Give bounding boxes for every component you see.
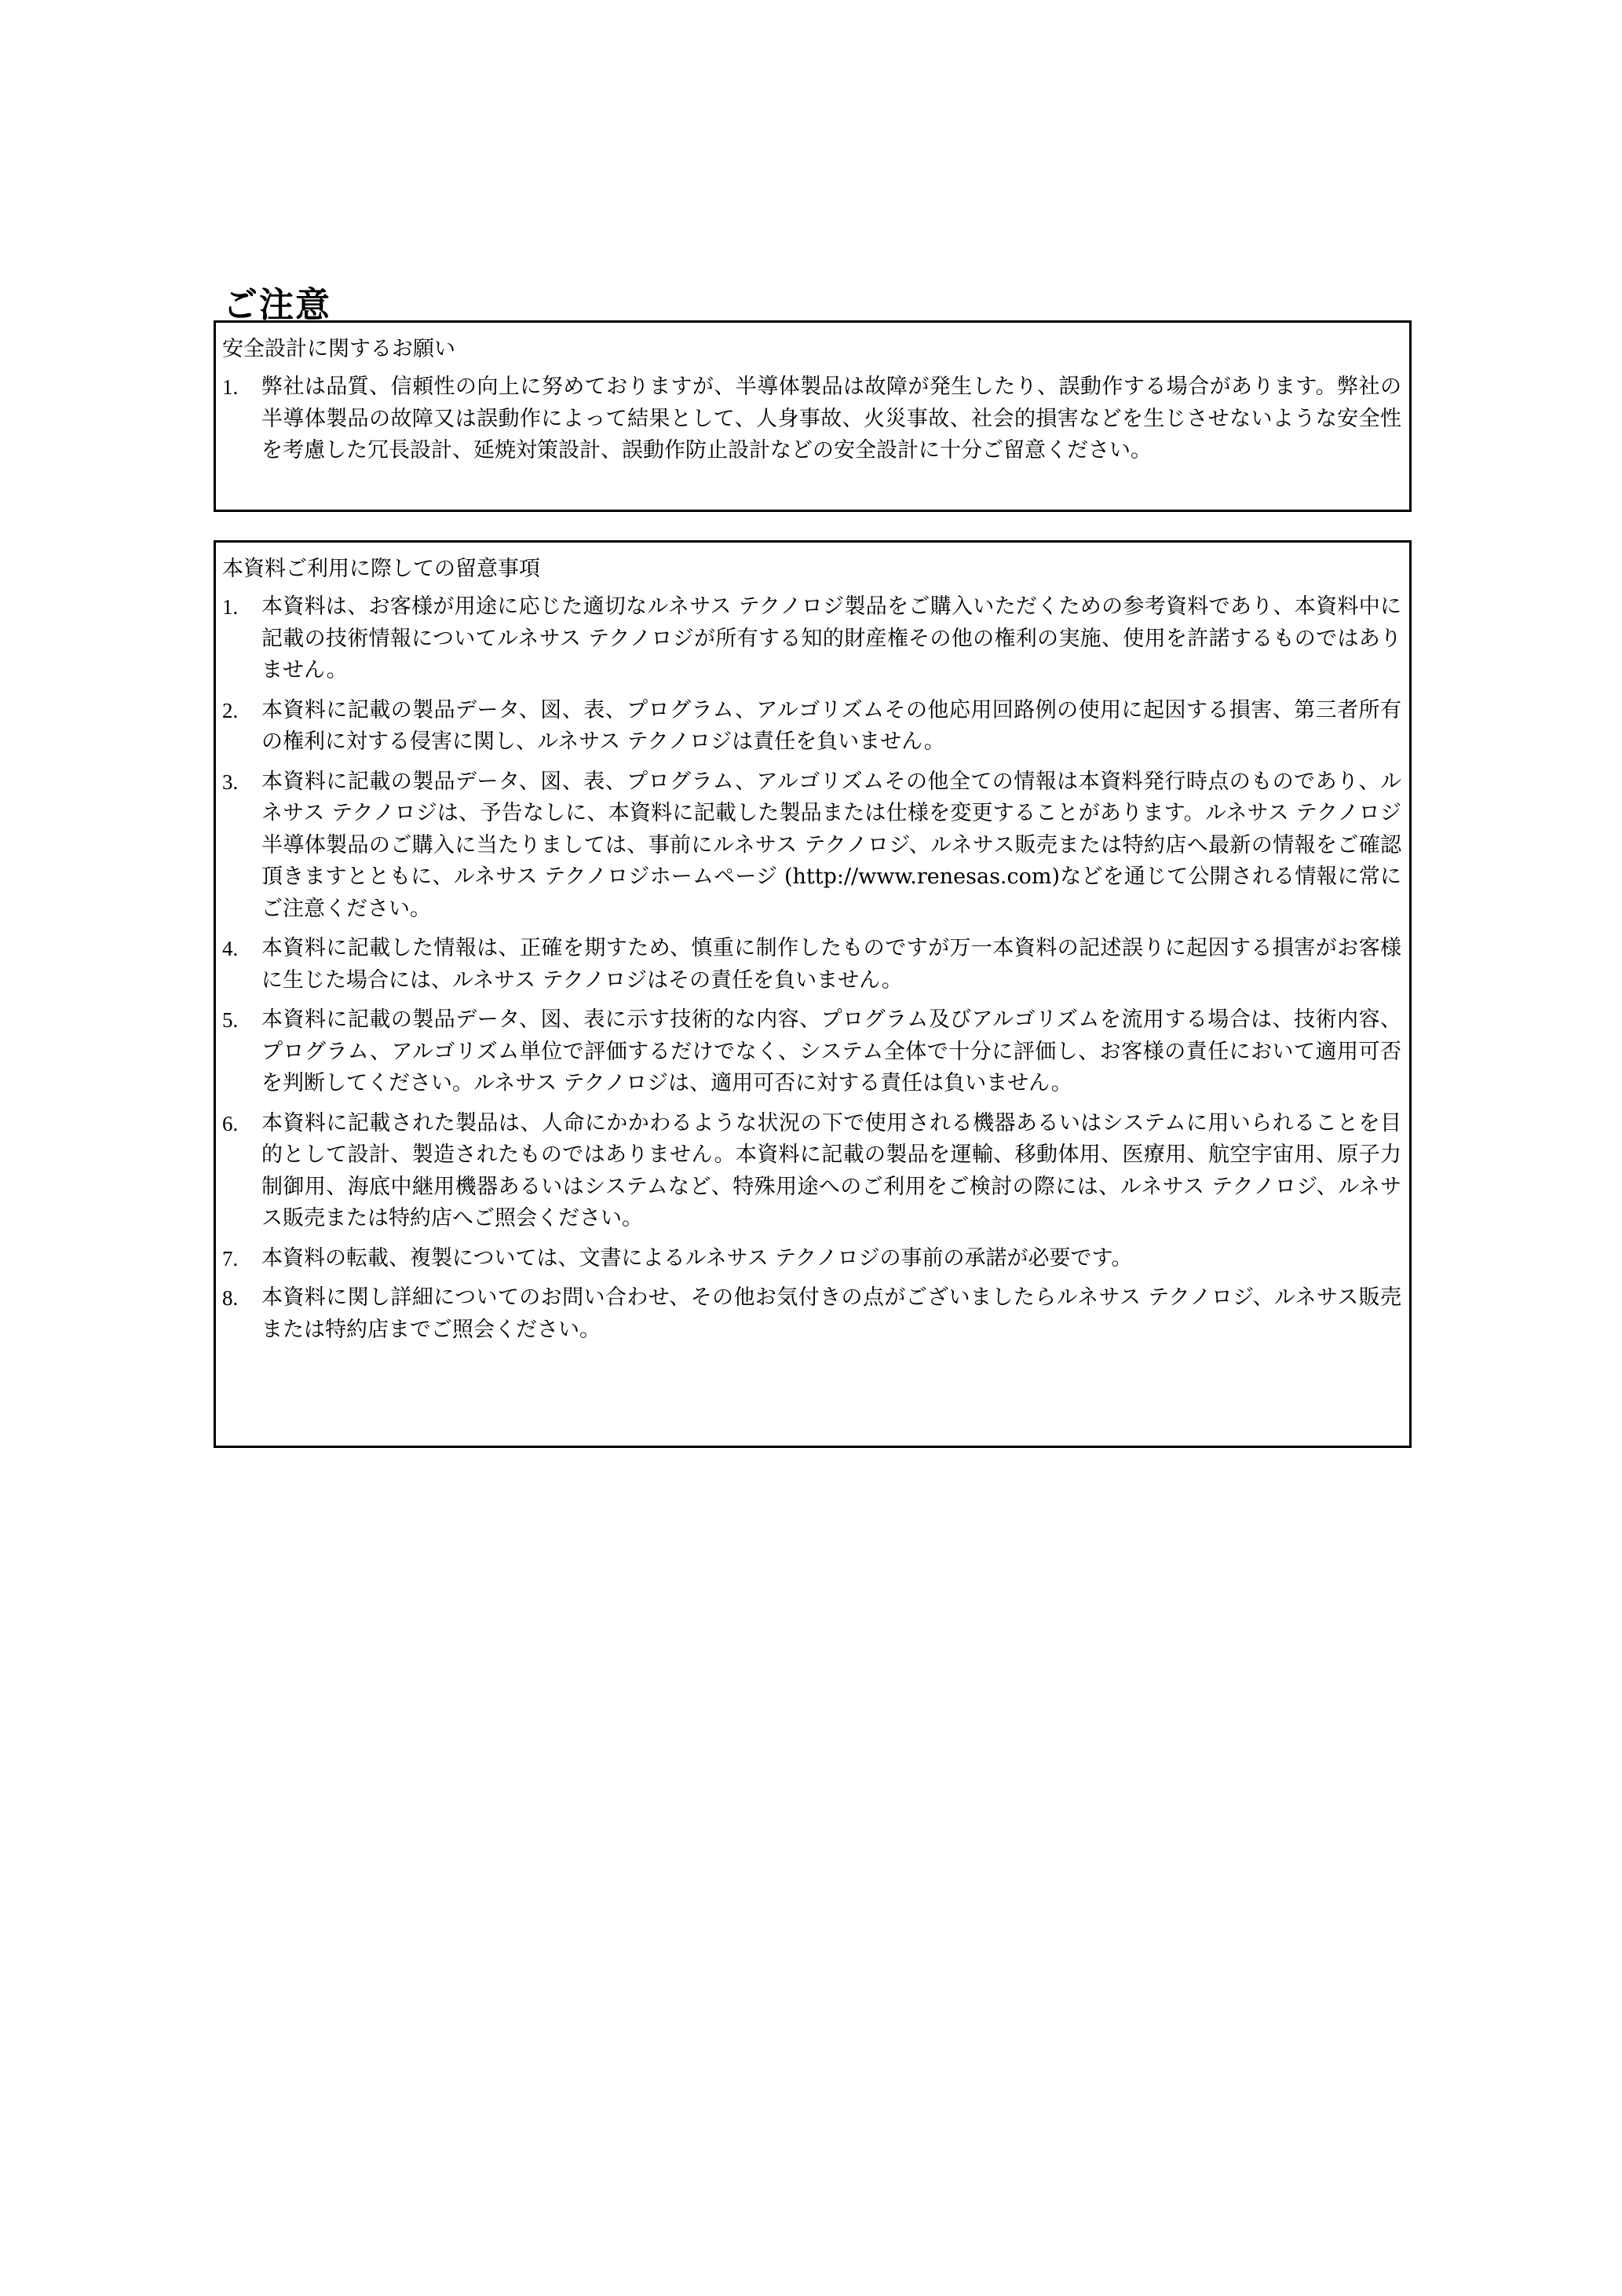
list-item: 4. 本資料に記載した情報は、正確を期すため、慎重に制作したものですが万一本資料… [222, 933, 1401, 996]
list-item: 7. 本資料の転載、複製については、文書によるルネサス テクノロジの事前の承諾が… [222, 1243, 1401, 1275]
item-number: 2. [222, 695, 261, 759]
item-text: 本資料に記載の製品データ、図、表、プログラム、アルゴリズムその他応用回路例の使用… [261, 695, 1401, 759]
item-text: 本資料に記載の製品データ、図、表に示す技術的な内容、プログラム及びアルゴリズムを… [261, 1004, 1401, 1100]
safety-design-notice-box: 安全設計に関するお願い 1. 弊社は品質、信頼性の向上に努めておりますが、半導体… [214, 320, 1412, 512]
item-text: 本資料に関し詳細についてのお問い合わせ、その他お気付きの点がございましたらルネサ… [261, 1282, 1401, 1346]
item-text: 本資料は、お客様が用途に応じた適切なルネサス テクノロジ製品をご購入いただくため… [261, 591, 1401, 687]
usage-notes-heading: 本資料ご利用に際しての留意事項 [222, 554, 1401, 585]
list-item: 2. 本資料に記載の製品データ、図、表、プログラム、アルゴリズムその他応用回路例… [222, 695, 1401, 759]
item-number: 4. [222, 933, 261, 996]
list-item: 5. 本資料に記載の製品データ、図、表に示す技術的な内容、プログラム及びアルゴリ… [222, 1004, 1401, 1100]
item-number: 5. [222, 1004, 261, 1100]
usage-notes-box: 本資料ご利用に際しての留意事項 1. 本資料は、お客様が用途に応じた適切なルネサ… [214, 540, 1412, 1448]
item-text: 本資料に記載した情報は、正確を期すため、慎重に制作したものですが万一本資料の記述… [261, 933, 1401, 996]
list-item: 1. 弊社は品質、信頼性の向上に努めておりますが、半導体製品は故障が発生したり、… [222, 371, 1401, 467]
item-text: 本資料の転載、複製については、文書によるルネサス テクノロジの事前の承諾が必要で… [261, 1243, 1401, 1275]
list-item: 1. 本資料は、お客様が用途に応じた適切なルネサス テクノロジ製品をご購入いただ… [222, 591, 1401, 687]
item-text: 本資料に記載の製品データ、図、表、プログラム、アルゴリズムその他全ての情報は本資… [261, 766, 1401, 926]
item-number: 1. [222, 591, 261, 687]
item-number: 1. [222, 371, 261, 467]
usage-notes-list: 1. 本資料は、お客様が用途に応じた適切なルネサス テクノロジ製品をご購入いただ… [222, 591, 1401, 1346]
list-item: 6. 本資料に記載された製品は、人命にかかわるような状況の下で使用される機器ある… [222, 1108, 1401, 1235]
safety-design-heading: 安全設計に関するお願い [222, 334, 1401, 365]
list-item: 3. 本資料に記載の製品データ、図、表、プログラム、アルゴリズムその他全ての情報… [222, 766, 1401, 926]
item-text: 弊社は品質、信頼性の向上に努めておりますが、半導体製品は故障が発生したり、誤動作… [261, 371, 1401, 467]
item-number: 3. [222, 766, 261, 926]
list-item: 8. 本資料に関し詳細についてのお問い合わせ、その他お気付きの点がございましたら… [222, 1282, 1401, 1346]
item-number: 6. [222, 1108, 261, 1235]
item-text: 本資料に記載された製品は、人命にかかわるような状況の下で使用される機器あるいはシ… [261, 1108, 1401, 1235]
item-number: 8. [222, 1282, 261, 1346]
item-number: 7. [222, 1243, 261, 1275]
safety-design-list: 1. 弊社は品質、信頼性の向上に努めておりますが、半導体製品は故障が発生したり、… [222, 371, 1401, 467]
